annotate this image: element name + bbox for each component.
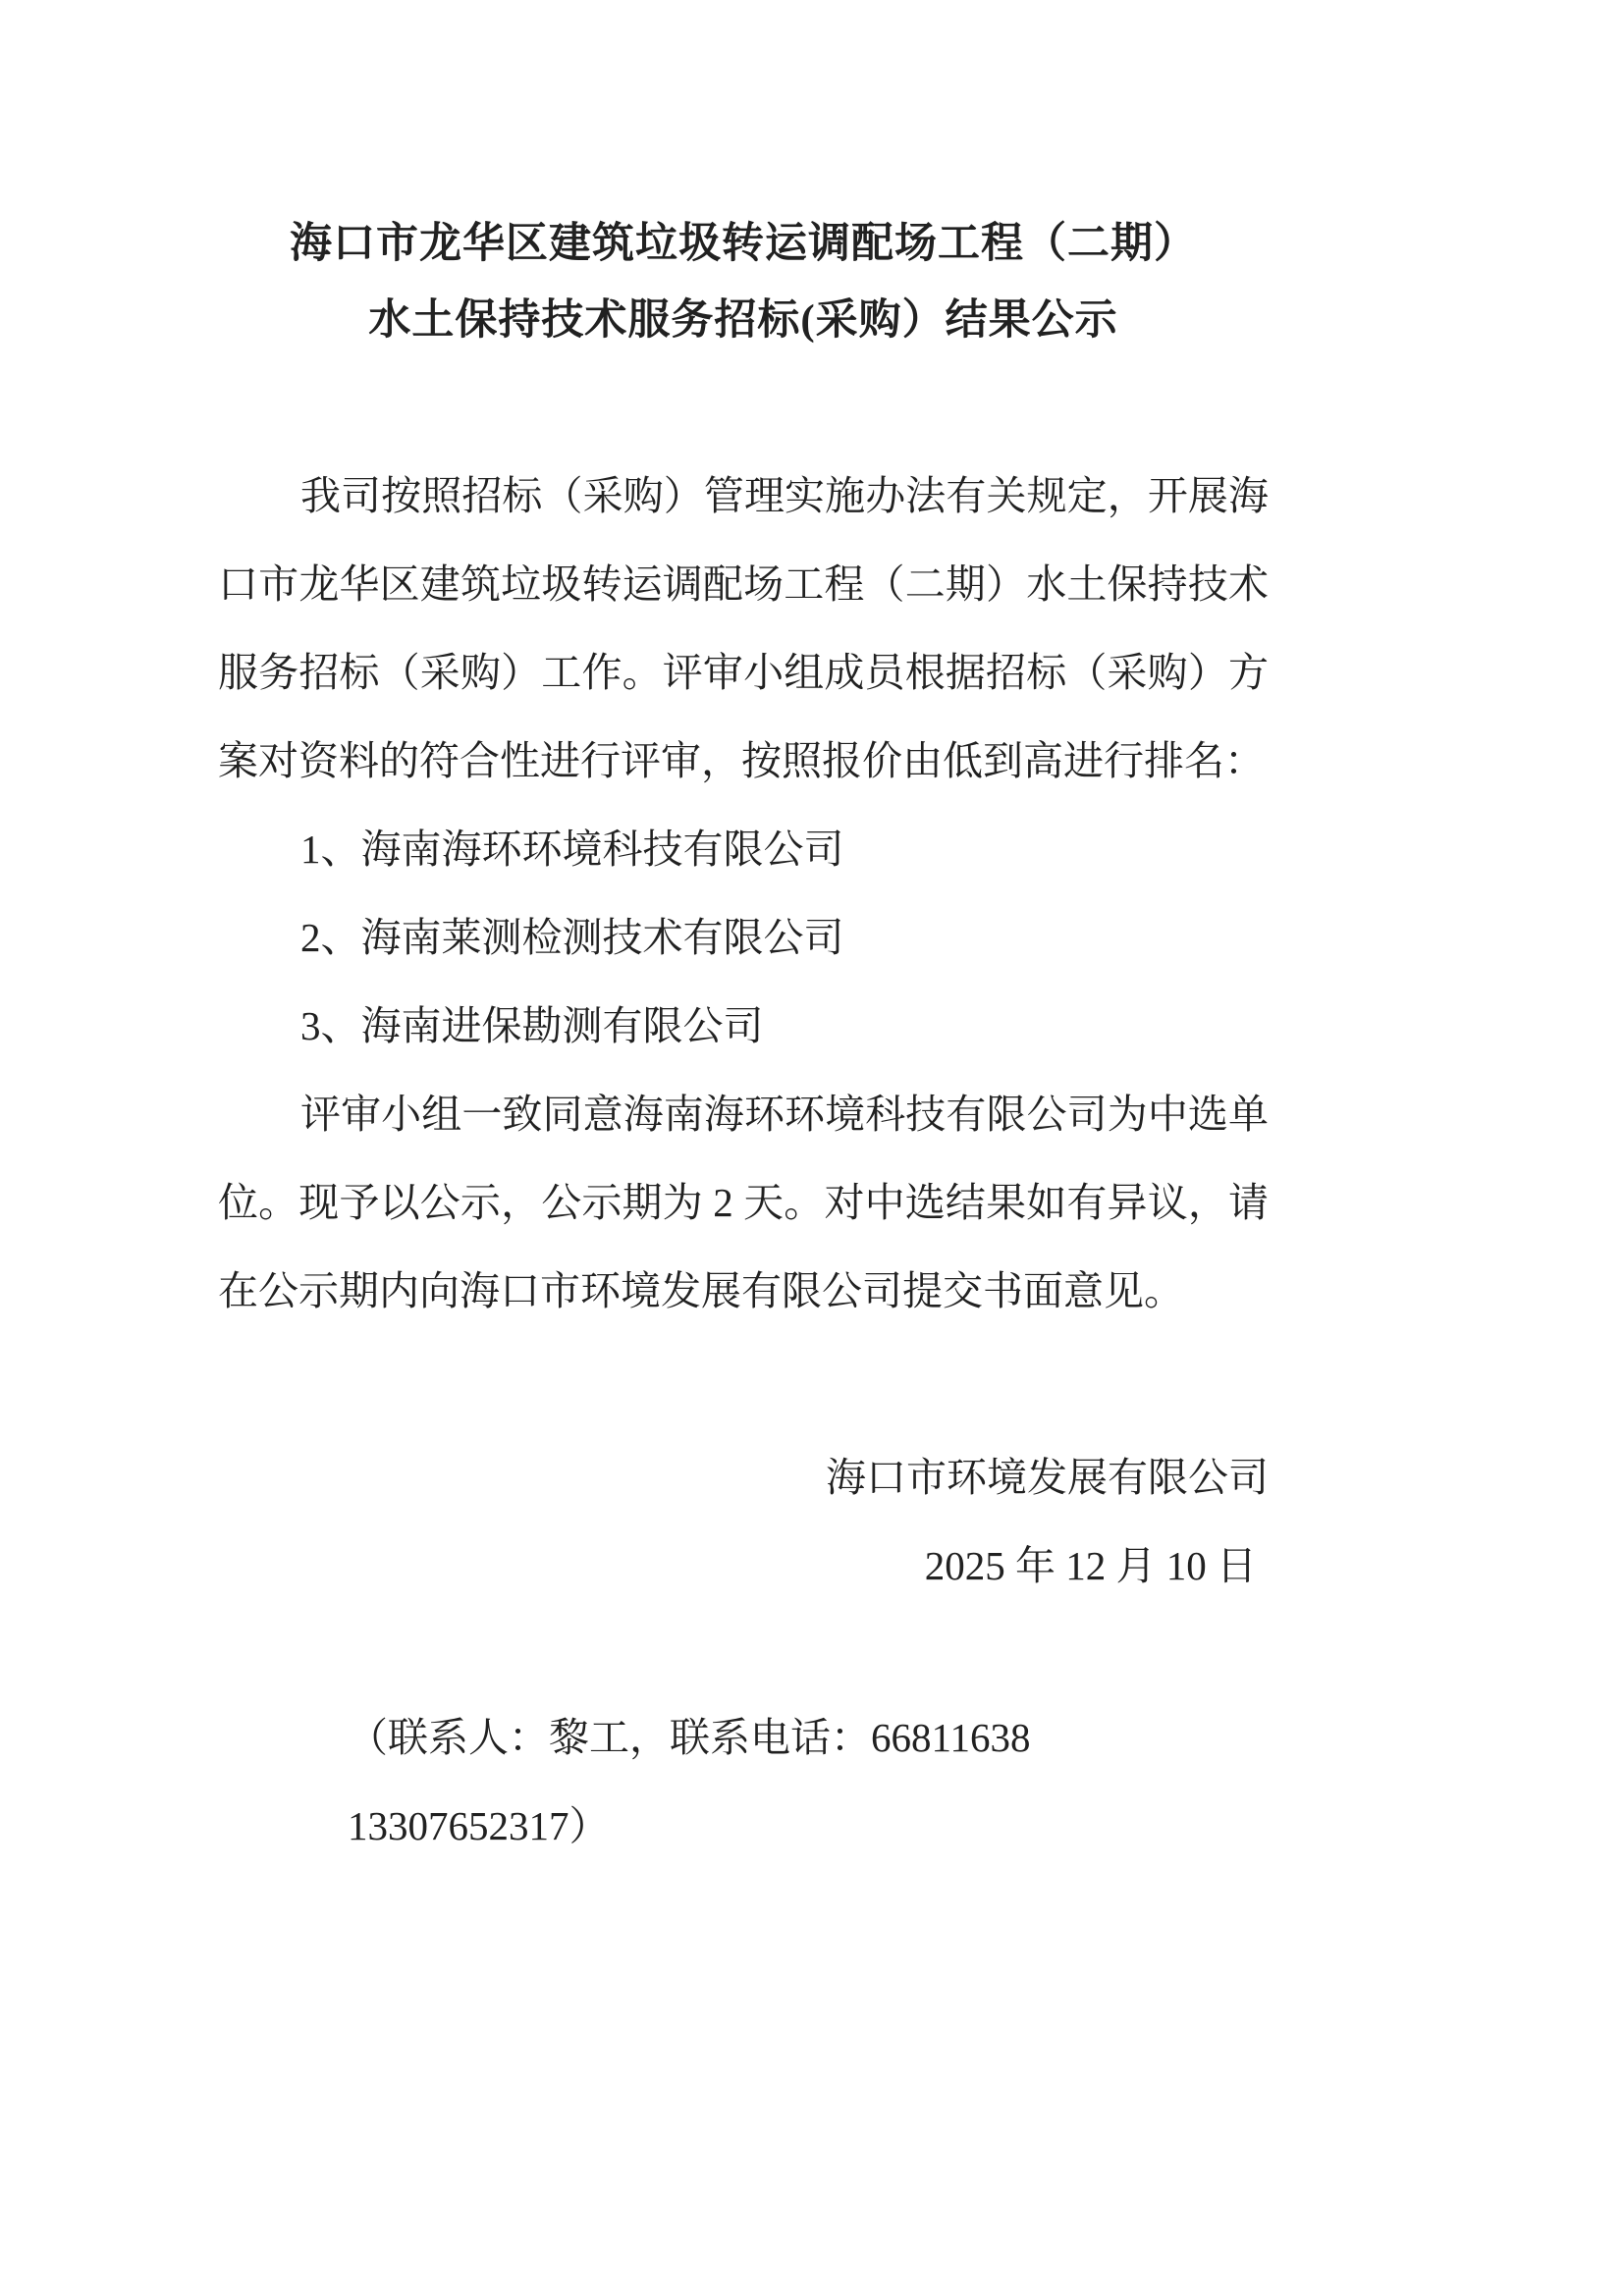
paragraph1-line-3: 服务招标（采购）工作。评审小组成员根据招标（采购）方: [218, 628, 1269, 717]
document-content: 海口市龙华区建筑垃圾转运调配场工程（二期） 水土保持技术服务招标(采购）结果公示…: [218, 0, 1269, 1870]
signature-date: 2025 年 12 月 10 日: [218, 1522, 1269, 1610]
list-item-3: 3、海南进保勘测有限公司: [218, 982, 1269, 1070]
title-line-2: 水土保持技术服务招标(采购）结果公示: [218, 283, 1269, 359]
paragraph2-line-3: 在公示期内向海口市环境发展有限公司提交书面意见。: [218, 1247, 1269, 1335]
contact-line: （联系人：黎工，联系电话：66811638 13307652317）: [348, 1693, 1269, 1870]
title-line-1: 海口市龙华区建筑垃圾转运调配场工程（二期）: [218, 206, 1269, 283]
list-item-1: 1、海南海环环境科技有限公司: [218, 805, 1269, 893]
paragraph2-line-2: 位。现予以公示，公示期为 2 天。对中选结果如有异议，请: [218, 1158, 1269, 1247]
paragraph1-line-1: 我司按照招标（采购）管理实施办法有关规定，开展海: [218, 452, 1269, 540]
document-title: 海口市龙华区建筑垃圾转运调配场工程（二期） 水土保持技术服务招标(采购）结果公示: [218, 206, 1269, 359]
paragraph1-line-2: 口市龙华区建筑垃圾转运调配场工程（二期）水土保持技术: [218, 540, 1269, 628]
signature-company: 海口市环境发展有限公司: [218, 1433, 1269, 1522]
signature-block: 海口市环境发展有限公司 2025 年 12 月 10 日: [218, 1433, 1269, 1610]
document-page: 海口市龙华区建筑垃圾转运调配场工程（二期） 水土保持技术服务招标(采购）结果公示…: [0, 0, 1624, 2296]
document-body: 我司按照招标（采购）管理实施办法有关规定，开展海 口市龙华区建筑垃圾转运调配场工…: [218, 452, 1269, 1335]
paragraph2-line-1: 评审小组一致同意海南海环环境科技有限公司为中选单: [218, 1070, 1269, 1158]
list-item-2: 2、海南莱测检测技术有限公司: [218, 893, 1269, 982]
paragraph1-line-4: 案对资料的符合性进行评审，按照报价由低到高进行排名：: [218, 717, 1269, 805]
